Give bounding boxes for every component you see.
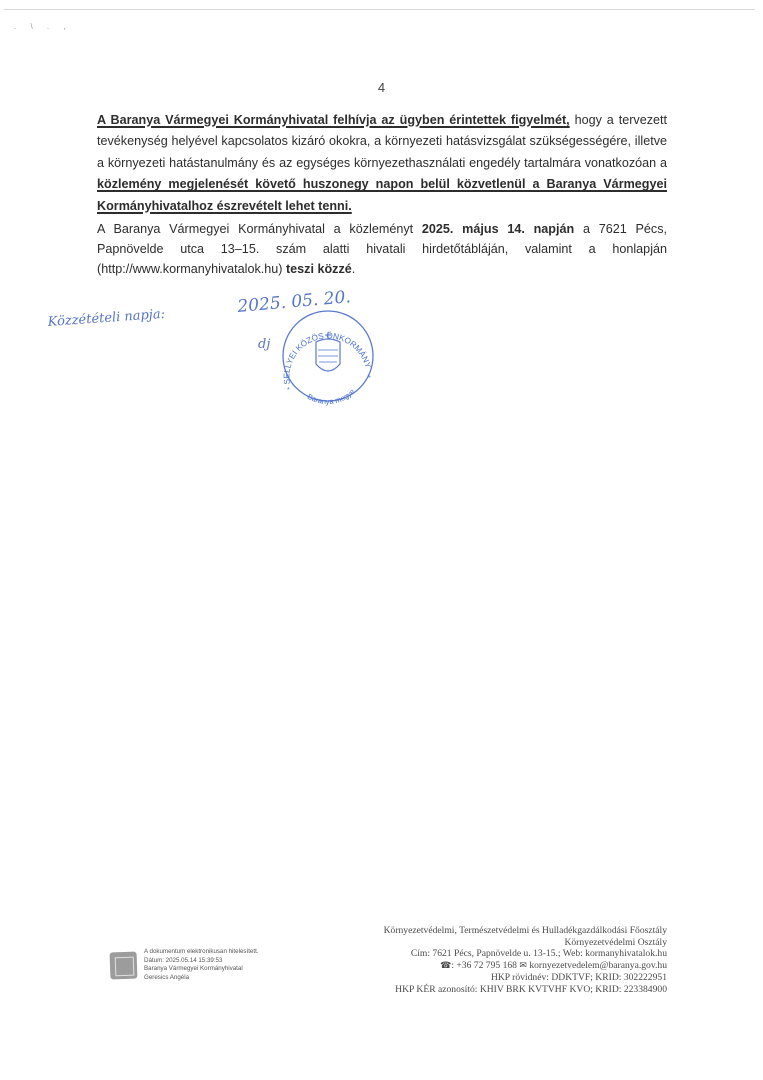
e-signature-text: A dokumentum elektronikusan hitelesített… xyxy=(144,948,259,982)
stamp-text-top: SELLYEI KÖZÖS ÖNKORMÁNYZATI HIVATAL xyxy=(258,308,373,385)
svg-text:*: * xyxy=(368,375,371,382)
notice-paragraph: A Baranya Vármegyei Kormányhivatal felhí… xyxy=(97,110,667,217)
notice-deadline: közlemény megjelenését követő huszonegy … xyxy=(97,177,667,212)
footer-hkp-ker: HKP KÉR azonosító: KHIV BRK KVTVHF KVO; … xyxy=(384,984,667,996)
svg-text:Baranya megye: Baranya megye xyxy=(306,387,357,406)
footer-department: Környezetvédelmi, Természetvédelmi és Hu… xyxy=(384,925,667,937)
e-signature-seal-icon xyxy=(110,952,138,980)
handwritten-label: Közzétételi napja: xyxy=(48,307,165,330)
svg-text:*: * xyxy=(287,387,290,394)
handwritten-initials: dj xyxy=(258,337,270,352)
page-number: 4 xyxy=(0,80,763,95)
publication-action: teszi közzé xyxy=(286,262,352,276)
office-footer: Környezetvédelmi, Természetvédelmi és Hu… xyxy=(384,925,667,996)
footer-address: Cím: 7621 Pécs, Papnövelde u. 13-15.; We… xyxy=(384,948,667,960)
footer-section: Környezetvédelmi Osztály xyxy=(384,937,667,949)
stamp-text-bottom: Baranya megye xyxy=(306,387,357,406)
notice-lead: A Baranya Vármegyei Kormányhivatal felhí… xyxy=(97,113,570,127)
publication-date: 2025. május 14. napján xyxy=(422,222,574,236)
phone-icon: ☎ xyxy=(440,961,451,971)
scan-marks: . \ . , xyxy=(14,22,72,31)
footer-email[interactable]: kornyezetvedelem@baranya.gov.hu xyxy=(529,960,667,971)
footer-contact: ☎: +36 72 795 168 ✉ kornyezetvedelem@bar… xyxy=(384,960,667,973)
footer-hkp-short: HKP rövidnév: DDKTVF; KRID: 302222951 xyxy=(384,972,667,984)
svg-text:SELLYEI KÖZÖS ÖNKORMÁNYZATI HI: SELLYEI KÖZÖS ÖNKORMÁNYZATI HIVATAL xyxy=(258,308,373,385)
email-icon: ✉ xyxy=(519,961,527,971)
official-stamp: dj SELLYEI KÖZÖS ÖNKORMÁNYZATI HIVATAL B… xyxy=(258,308,390,408)
electronic-signature: A dokumentum elektronikusan hitelesített… xyxy=(108,946,278,986)
publication-paragraph: A Baranya Vármegyei Kormányhivatal a köz… xyxy=(97,219,667,279)
page-top-edge xyxy=(4,9,755,10)
publication-text-1: A Baranya Vármegyei Kormányhivatal a köz… xyxy=(97,222,422,236)
